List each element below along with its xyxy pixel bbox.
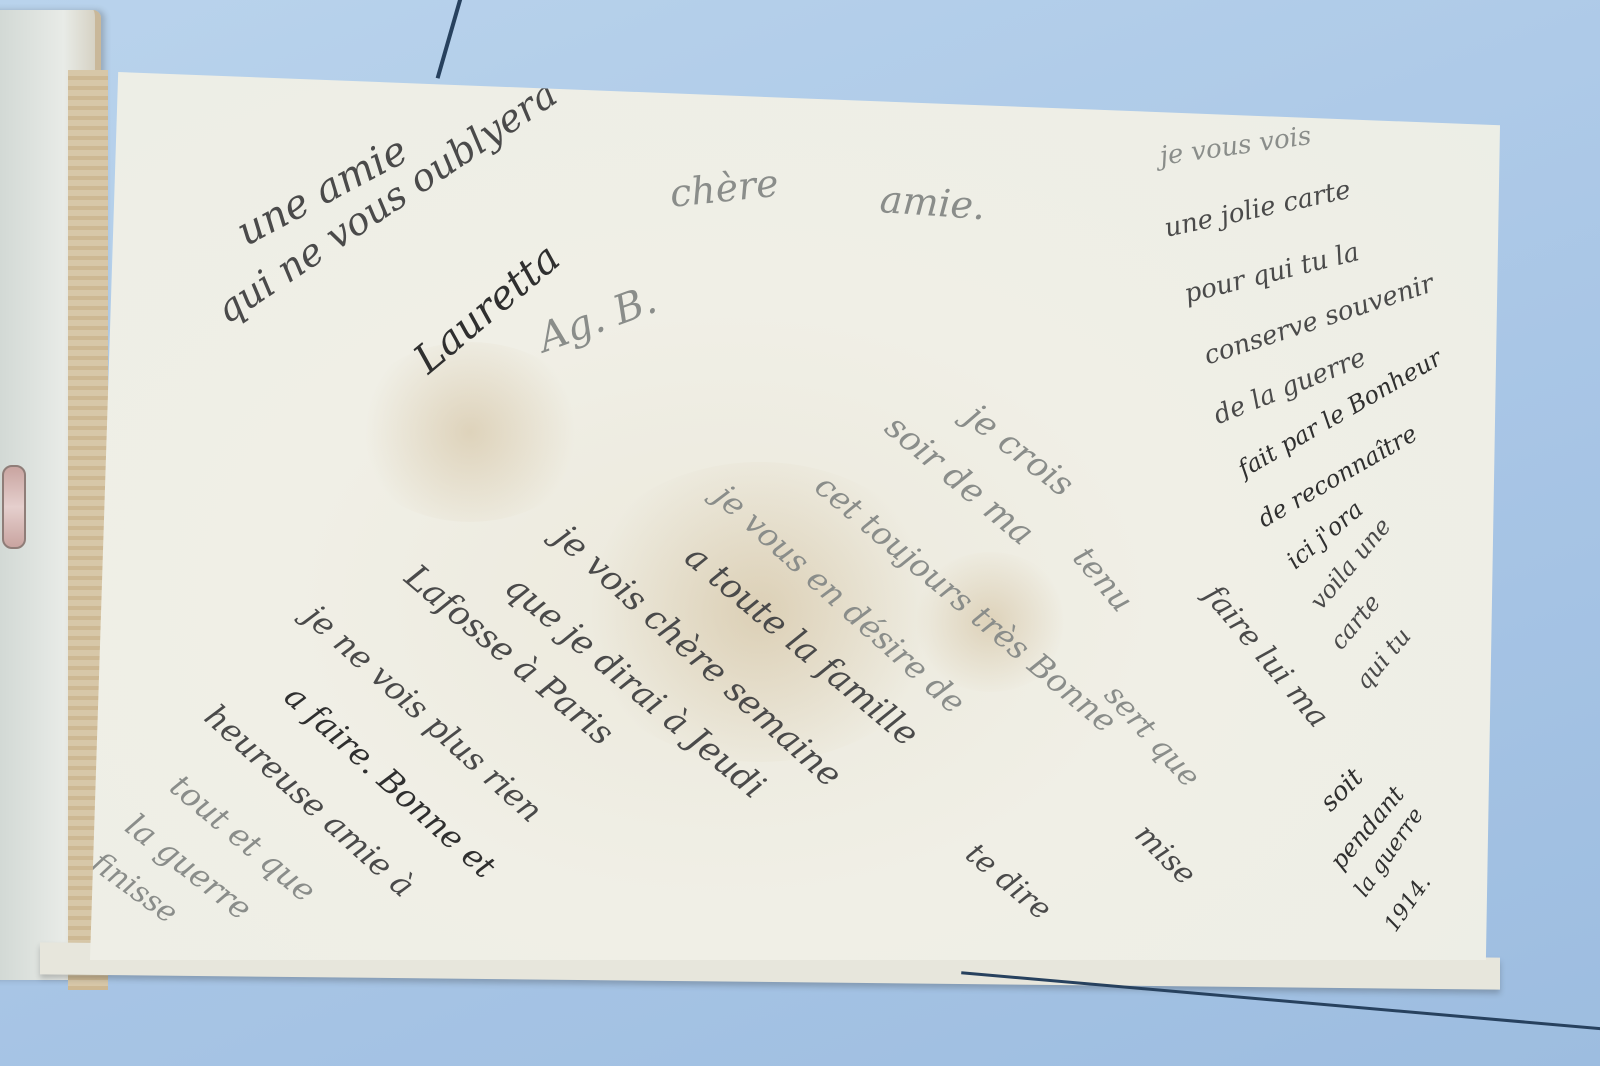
handwriting-line: 1914. <box>1380 871 1437 937</box>
handwriting-line: mise <box>1128 817 1203 892</box>
handwriting-line: tenu <box>1065 539 1141 619</box>
handwriting-line: te dire <box>959 836 1058 927</box>
handwriting-line: une jolie carte <box>1162 175 1354 244</box>
handwritten-page: une amie qui ne vous oublyera chère amie… <box>90 72 1500 960</box>
foxing-stain <box>350 342 590 522</box>
handwriting-line: amie. <box>878 177 986 228</box>
binding-ribbon-slot <box>2 465 26 549</box>
initials: Ag. B. <box>532 277 662 362</box>
handwriting-line: je vous vois <box>1158 121 1313 172</box>
handwriting-line: chère <box>668 161 781 216</box>
handwriting-line: soit <box>1314 763 1369 818</box>
handwriting-line: sert que <box>1097 678 1207 795</box>
autograph-album: une amie qui ne vous oublyera chère amie… <box>0 0 1600 1066</box>
